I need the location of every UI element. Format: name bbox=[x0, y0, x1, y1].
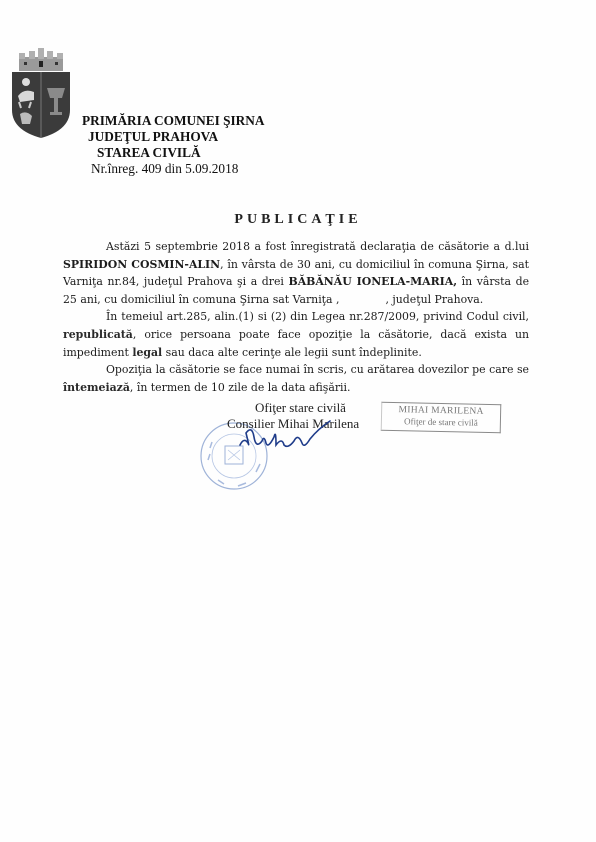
county-name: JUDEŢUL PRAHOVA bbox=[88, 129, 218, 145]
document-body: Astăzi 5 septembrie 2018 a fost înregist… bbox=[63, 238, 529, 396]
groom-name: SPIRIDON COSMIN-ALIN bbox=[63, 258, 220, 271]
paragraph-legal-basis: În temeiul art.285, alin.(1) si (2) din … bbox=[63, 308, 529, 361]
bride-name: BĂBĂNĂU IONELA-MARIA, bbox=[289, 275, 458, 288]
name-stamp: MIHAI MARILENA Ofiţer de stare civilă bbox=[381, 402, 502, 434]
signatory-title: Ofiţer stare civilă bbox=[255, 400, 346, 416]
registration-number: Nr.înreg. 409 din 5.09.2018 bbox=[91, 161, 238, 177]
document-title: PUBLICAŢIE bbox=[0, 212, 596, 228]
coat-of-arms-icon bbox=[10, 48, 72, 138]
department-name: STAREA CIVILĂ bbox=[97, 145, 201, 161]
paragraph-declaration: Astăzi 5 septembrie 2018 a fost înregist… bbox=[63, 238, 529, 308]
handwritten-signature bbox=[232, 415, 332, 455]
paragraph-opposition: Opoziţia la căsătorie se face numai în s… bbox=[63, 361, 529, 396]
document-page: PRIMĂRIA COMUNEI ŞIRNA JUDEŢUL PRAHOVA S… bbox=[0, 0, 596, 842]
institution-name: PRIMĂRIA COMUNEI ŞIRNA bbox=[82, 113, 264, 129]
